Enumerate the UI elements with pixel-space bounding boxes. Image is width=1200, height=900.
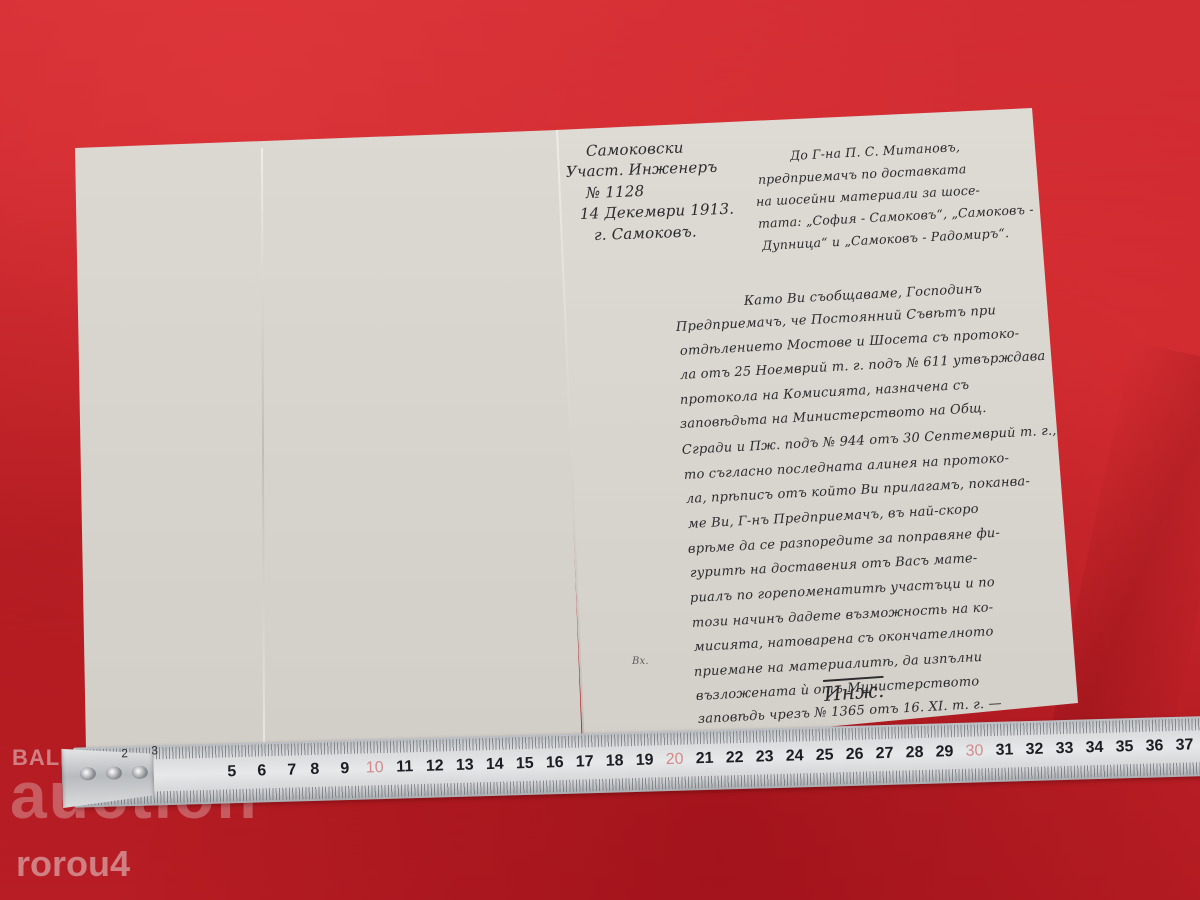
tape-number: 36	[1145, 737, 1163, 755]
tape-number: 11	[396, 758, 413, 776]
tape-number: 22	[726, 749, 744, 767]
tape-number: 16	[546, 754, 564, 772]
tape-number: 9	[340, 760, 349, 778]
left-margin-mark: Вх.	[632, 656, 649, 667]
tape-number: 6	[257, 762, 266, 780]
tape-number: 37	[1175, 736, 1193, 754]
tape-number: 34	[1085, 739, 1103, 757]
letter-sheet: Самоковски Участ. Инженеръ № 1128 14 Дек…	[74, 108, 1078, 750]
tape-number: 17	[576, 753, 594, 771]
watermark-line-3: rorou4	[16, 843, 130, 885]
tape-number: 29	[935, 743, 953, 761]
tape-number-accent: 10	[366, 759, 384, 777]
tape-number: 19	[636, 751, 654, 769]
tape-number: 21	[696, 750, 714, 768]
tape-number: 5	[227, 763, 236, 781]
tape-number: 15	[516, 755, 534, 773]
tape-number: 7	[287, 761, 296, 779]
tape-number: 33	[1055, 740, 1073, 758]
tape-number: 24	[785, 747, 803, 765]
hook-number: 2	[121, 746, 128, 760]
tape-number-accent: 20	[666, 751, 684, 769]
tape-number: 27	[875, 745, 893, 763]
tape-number: 26	[845, 746, 863, 764]
tape-number: 31	[995, 741, 1013, 759]
tape-number: 25	[815, 746, 833, 764]
tape-number: 35	[1115, 738, 1133, 756]
tape-number: 28	[905, 744, 923, 762]
letter-sender-line-1: Самоковски	[586, 139, 684, 161]
signature: Инж.	[823, 678, 885, 706]
letter-place: г. Самоковъ.	[594, 222, 697, 245]
paper-fold-line	[261, 148, 265, 748]
tape-number: 8	[310, 761, 319, 779]
tape-number: 23	[755, 748, 773, 766]
tape-number: 32	[1025, 741, 1043, 759]
tape-number: 13	[456, 757, 474, 775]
tape-number: 14	[486, 756, 504, 774]
blank-left-page	[74, 108, 584, 750]
letter-number: № 1128	[586, 182, 645, 203]
tape-number: 18	[606, 752, 624, 770]
hook-number: 3	[151, 743, 158, 757]
tape-number: 12	[426, 757, 444, 775]
tape-number-accent: 30	[965, 742, 983, 760]
